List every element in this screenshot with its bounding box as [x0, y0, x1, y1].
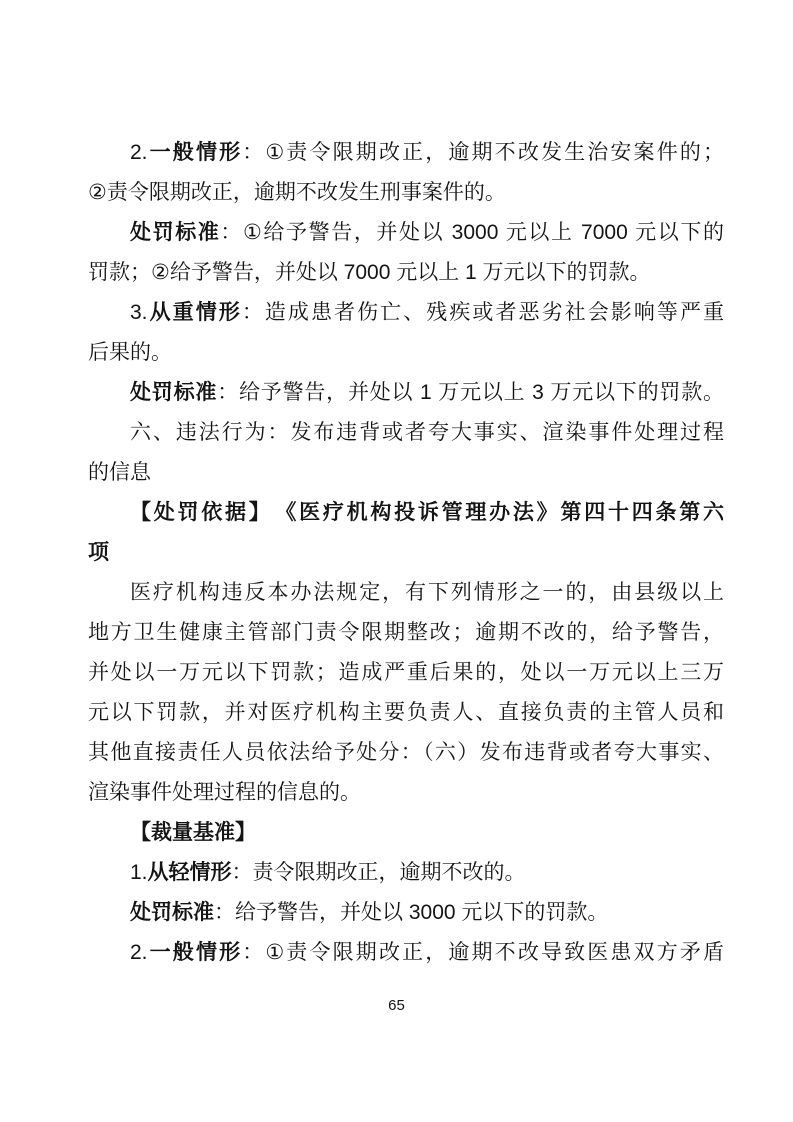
text-line: 【裁量基准】 — [88, 813, 724, 853]
text-line: 罚款；②给予警告，并处以 7000 元以上 1 万元以下的罚款。 — [88, 253, 724, 293]
text-run: ：责令限期改正，逾期不改的。 — [232, 861, 526, 884]
text-run: ：给予警告，并处以 3000 元以下的罚款。 — [214, 901, 608, 924]
text-run: 1. — [130, 861, 148, 884]
text-run: ：①给予警告，并处以 3000 元以上 7000 元以下的 — [220, 221, 724, 244]
text-line: 2.一般情形：①责令限期改正，逾期不改导致医患双方矛盾 — [88, 933, 724, 973]
text-line: 的信息 — [88, 453, 724, 493]
bold-text-run: 一般情形 — [148, 141, 243, 164]
text-run: 地方卫生健康主管部门责令限期整改；逾期不改的，给予警告， — [88, 621, 724, 644]
text-run: ：①责令限期改正，逾期不改导致医患双方矛盾 — [242, 941, 724, 964]
bold-text-run: 处罚标准 — [130, 381, 217, 404]
text-run: 渲染事件处理过程的信息的。 — [88, 781, 361, 804]
bold-text-run: 一般情形 — [148, 941, 243, 964]
text-run: 2. — [130, 941, 148, 964]
text-line: 3.从重情形：造成患者伤亡、残疾或者恶劣社会影响等严重 — [88, 293, 724, 333]
text-line: 地方卫生健康主管部门责令限期整改；逾期不改的，给予警告， — [88, 613, 724, 653]
text-line: 医疗机构违反本办法规定，有下列情形之一的，由县级以上 — [88, 573, 724, 613]
text-line: 渲染事件处理过程的信息的。 — [88, 773, 724, 813]
text-line: 元以下罚款，并对医疗机构主要负责人、直接负责的主管人员和 — [88, 693, 724, 733]
document-page: 2.一般情形：①责令限期改正，逾期不改发生治安案件的；②责令限期改正，逾期不改发… — [0, 0, 793, 1122]
text-run: ：造成患者伤亡、残疾或者恶劣社会影响等严重 — [242, 301, 724, 324]
text-line: 并处以一万元以下罚款；造成严重后果的，处以一万元以上三万 — [88, 653, 724, 693]
text-run: ：①责令限期改正，逾期不改发生治安案件的； — [242, 141, 724, 164]
text-line: 后果的。 — [88, 333, 724, 373]
text-line: 六、违法行为：发布违背或者夸大事实、渲染事件处理过程 — [88, 413, 724, 453]
bold-text-run: 【处罚依据】 《医疗机构投诉管理办法》第四十四条第六 — [130, 501, 724, 524]
text-line: ②责令限期改正，逾期不改发生刑事案件的。 — [88, 173, 724, 213]
text-line: 处罚标准：①给予警告，并处以 3000 元以上 7000 元以下的 — [88, 213, 724, 253]
text-line: 【处罚依据】 《医疗机构投诉管理办法》第四十四条第六 — [88, 493, 724, 533]
text-line: 1.从轻情形：责令限期改正，逾期不改的。 — [88, 853, 724, 893]
text-line: 其他直接责任人员依法给予处分：（六）发布违背或者夸大事实、 — [88, 733, 724, 773]
text-line: 处罚标准：给予警告，并处以 3000 元以下的罚款。 — [88, 893, 724, 933]
text-run: 后果的。 — [88, 341, 172, 364]
document-body: 2.一般情形：①责令限期改正，逾期不改发生治安案件的；②责令限期改正，逾期不改发… — [88, 133, 724, 973]
bold-text-run: 处罚标准 — [130, 221, 220, 244]
bold-text-run: 【裁量基准】 — [130, 821, 256, 844]
text-run: 六、违法行为：发布违背或者夸大事实、渲染事件处理过程 — [130, 421, 724, 444]
bold-text-run: 处罚标准 — [130, 901, 214, 924]
text-line: 项 — [88, 533, 724, 573]
text-run: 罚款；②给予警告，并处以 7000 元以上 1 万元以下的罚款。 — [88, 261, 651, 284]
bold-text-run: 从重情形 — [148, 301, 242, 324]
text-run: 医疗机构违反本办法规定，有下列情形之一的，由县级以上 — [130, 581, 724, 604]
text-run: 的信息 — [88, 461, 151, 484]
bold-text-run: 从轻情形 — [148, 861, 232, 884]
page-number: 65 — [0, 995, 793, 1017]
text-run: 3. — [130, 301, 148, 324]
text-run: ②责令限期改正，逾期不改发生刑事案件的。 — [88, 181, 506, 204]
text-run: 并处以一万元以下罚款；造成严重后果的，处以一万元以上三万 — [88, 661, 724, 684]
text-line: 处罚标准：给予警告，并处以 1 万元以上 3 万元以下的罚款。 — [88, 373, 724, 413]
text-line: 2.一般情形：①责令限期改正，逾期不改发生治安案件的； — [88, 133, 724, 173]
text-run: 2. — [130, 141, 148, 164]
text-run: ：给予警告，并处以 1 万元以上 3 万元以下的罚款。 — [217, 381, 724, 404]
bold-text-run: 项 — [88, 541, 109, 564]
text-run: 其他直接责任人员依法给予处分：（六）发布违背或者夸大事实、 — [88, 741, 724, 764]
text-run: 元以下罚款，并对医疗机构主要负责人、直接负责的主管人员和 — [88, 701, 724, 724]
